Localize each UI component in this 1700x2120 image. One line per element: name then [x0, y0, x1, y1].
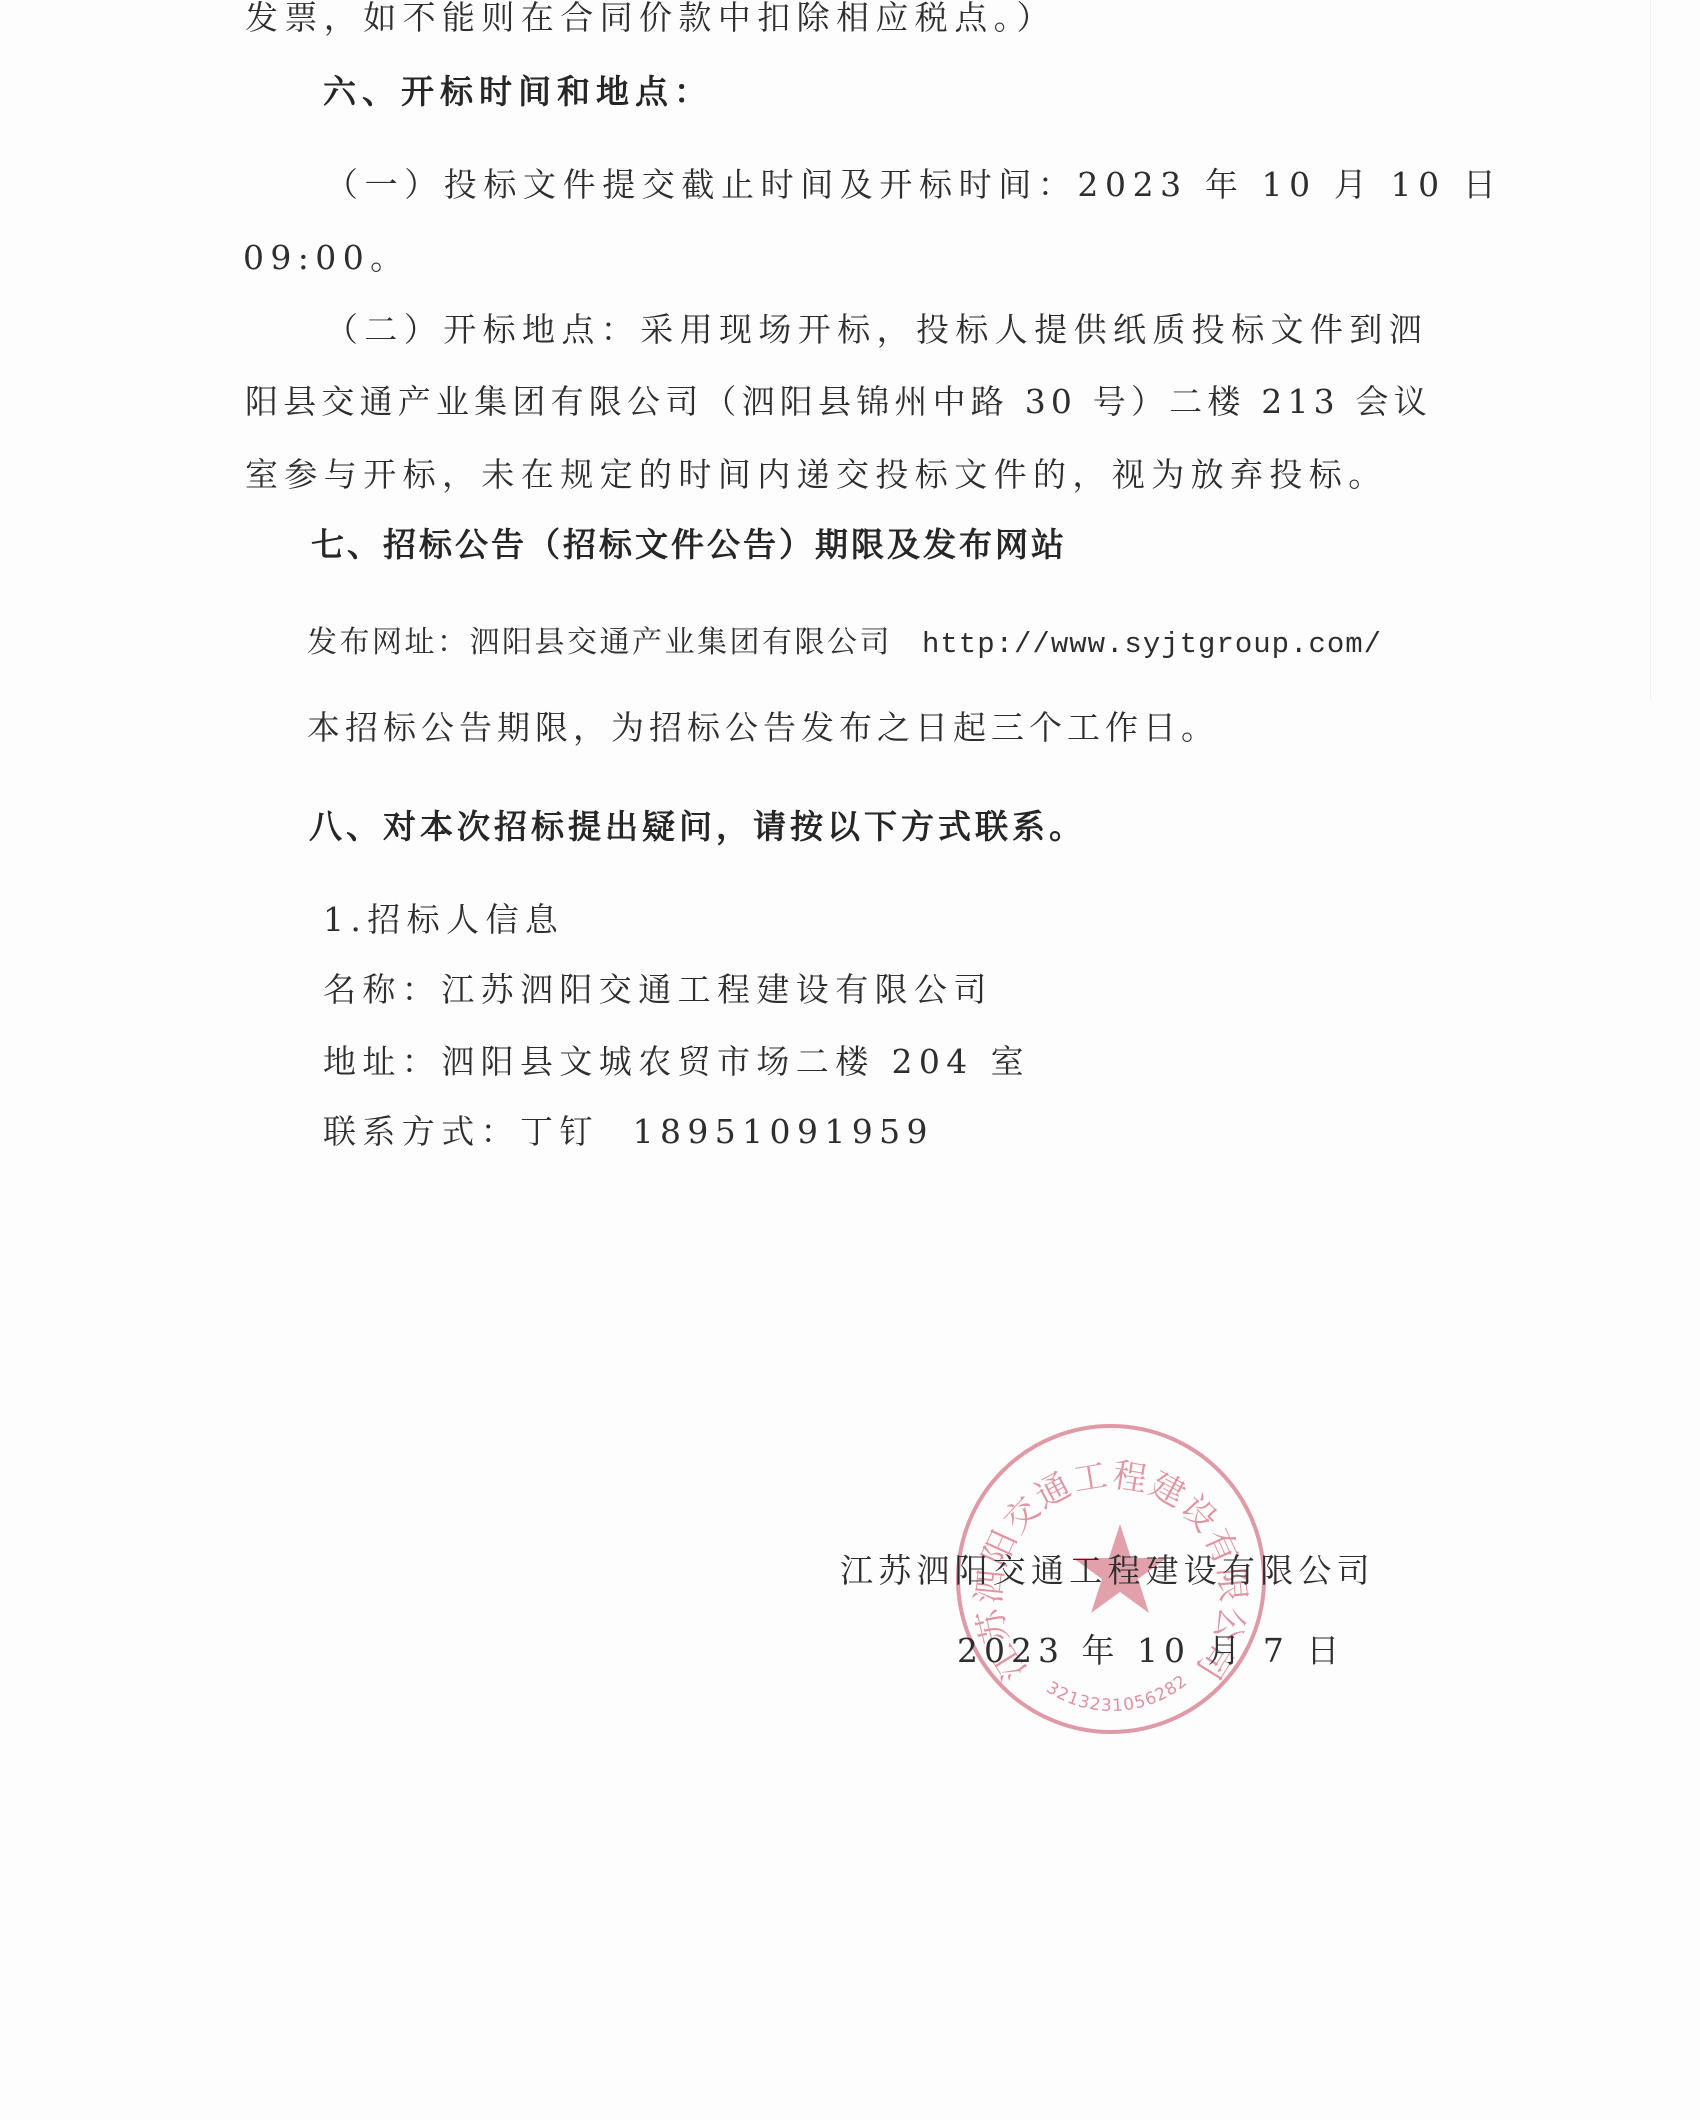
publish-label: 发布网址：泗阳县交通产业集团有限公司 [307, 625, 892, 660]
s6-item2-line3: 室参与开标，未在规定的时间内递交投标文件的，视为放弃投标。 [245, 455, 1388, 495]
invoice-tail-text: 发票，如不能则在合同价款中扣除相应税点。） [245, 0, 1056, 38]
scan-edge-line [1650, 0, 1651, 700]
s6-item2-line2: 阳县交通产业集团有限公司（泗阳县锦州中路 30 号）二楼 213 会议 [245, 382, 1432, 422]
seal-serial: 3213231056282 [1043, 1671, 1192, 1716]
announcement-period-text: 本招标公告期限，为招标公告发布之日起三个工作日。 [307, 708, 1219, 748]
section6-heading: 六、开标时间和地点： [323, 72, 713, 112]
s6-item1-line2: 09:00。 [243, 238, 410, 278]
signature-date: 2023 年 10 月 7 日 [957, 1631, 1345, 1671]
signature-company: 江苏泗阳交通工程建设有限公司 [840, 1551, 1375, 1591]
tenderer-name: 名称：江苏泗阳交通工程建设有限公司 [323, 970, 993, 1010]
tenderer-contact: 联系方式：丁钉 18951091959 [323, 1112, 934, 1152]
s6-item1-line1: （一）投标文件提交截止时间及开标时间：2023 年 10 月 10 日 [325, 165, 1502, 205]
tenderer-info-heading: 1.招标人信息 [323, 900, 564, 940]
publish-website-line: 发布网址：泗阳县交通产业集团有限公司http://www.syjtgroup.c… [307, 623, 1382, 663]
tenderer-address: 地址：泗阳县文城农贸市场二楼 204 室 [323, 1042, 1030, 1082]
section7-heading: 七、招标公告（招标文件公告）期限及发布网站 [311, 525, 1067, 565]
document-page: 发票，如不能则在合同价款中扣除相应税点。） 六、开标时间和地点： （一）投标文件… [0, 0, 1700, 2120]
publish-url-link[interactable]: http://www.syjtgroup.com/ [922, 628, 1382, 661]
section8-heading: 八、对本次招标提出疑问，请按以下方式联系。 [309, 807, 1086, 847]
s6-item2-line1: （二）开标地点：采用现场开标，投标人提供纸质投标文件到泗 [325, 310, 1428, 350]
